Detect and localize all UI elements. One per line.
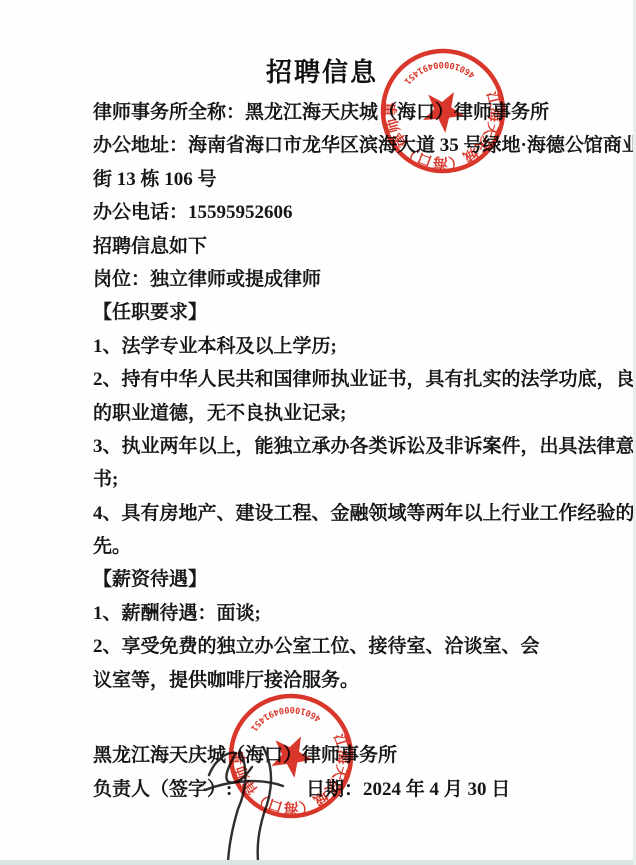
official-seal-top: 黑龙江海天庆城（海口）律师事务所 46010000491451 xyxy=(373,41,513,181)
document-line: 岗位：独立律师或提成律师 xyxy=(93,263,563,296)
document-line: 1、法学专业本科及以上学历; xyxy=(93,330,563,363)
document-body: 律师事务所全称：黑龙江海天庆城（海口）律师事务所办公地址：海南省海口市龙华区滨海… xyxy=(93,96,563,697)
page-edge-bottom xyxy=(0,860,636,865)
red-star-icon xyxy=(268,735,316,781)
document-line: 3、执业两年以上，能独立承办各类诉讼及非诉案件，出具法律意见 xyxy=(93,430,563,463)
document-line: 的职业道德，无不良执业记录; xyxy=(93,397,563,430)
document-line: 2、享受免费的独立办公室工位、接待室、洽谈室、会 xyxy=(93,630,563,663)
document-line: 2、持有中华人民共和国律师执业证书，具有扎实的法学功底，良好 xyxy=(93,363,563,396)
document-line: 4、具有房地产、建设工程、金融领域等两年以上行业工作经验的优 xyxy=(93,497,563,530)
document-line: 招聘信息如下 xyxy=(93,230,563,263)
red-star-icon xyxy=(420,91,466,135)
document-line: 【任职要求】 xyxy=(93,296,563,329)
document-line: 1、薪酬待遇：面谈; xyxy=(93,597,563,630)
document-line: 书; xyxy=(93,463,563,496)
document-line: 办公电话：15595952606 xyxy=(93,196,563,229)
document-page: 招聘信息 律师事务所全称：黑龙江海天庆城（海口）律师事务所办公地址：海南省海口市… xyxy=(0,0,636,865)
official-seal-bottom: 黑龙江海天庆城（海口）律师事务所 46010000491451 xyxy=(221,686,361,826)
document-line: 【薪资待遇】 xyxy=(93,563,563,596)
document-line: 先。 xyxy=(93,530,563,563)
